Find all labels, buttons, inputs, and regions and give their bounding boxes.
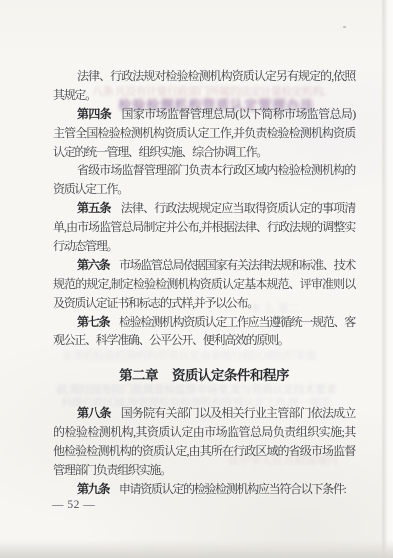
scan-speck [343, 26, 346, 28]
line-text: 管理部门负责组织实施。 [53, 463, 171, 477]
line-text: 国务院有关部门以及相关行业主管部门依法成立 [121, 406, 355, 420]
line-text: 省级市场监督管理部门负责本行政区域内检验检测机构的 [77, 163, 355, 177]
page-number: — 52 — [52, 499, 95, 511]
chapter-title: 资质认定条件和程序 [172, 368, 289, 383]
paragraph-line: 第九条 申请资质认定的检验检测机构应当符合以下条件: [53, 480, 355, 499]
line-text: 单,由市场监管总局制定并公布,并根据法律、行政法规的调整实 [53, 220, 355, 234]
line-text: 市场监管总局依据国家有关法律法规和标准、技术 [119, 258, 355, 272]
chapter-number: 第二章 [119, 368, 158, 383]
article-number: 第九条 [77, 482, 109, 496]
paragraph-line: 规范的规定,制定检验检测机构资质认定基本规范、评审准则以 [53, 275, 355, 294]
paragraph-line: 的检验检测机构,其资质认定由市场监管总局负责组织实施;其 [53, 423, 355, 442]
article-number: 第四条 [77, 107, 111, 121]
paragraph-line: 认定的统一管理、组织实施、综合协调工作。 [53, 143, 355, 162]
line-text: 行动态管理。 [53, 239, 117, 253]
paragraph-line: 单,由市场监管总局制定并公布,并根据法律、行政法规的调整实 [53, 218, 355, 237]
line-text: 认定的统一管理、组织实施、综合协调工作。 [53, 145, 267, 159]
line-text: 他检验检测机构的资质认定,由其所在行政区域的省级市场监督 [53, 444, 355, 458]
paragraph-line: 省级市场监督管理部门负责本行政区域内检验检测机构的 [53, 161, 355, 180]
line-text: 主管全国检验检测机构资质认定工作,并负责检验检测机构资质 [53, 126, 355, 140]
paragraph-line: 及资质认定证书和标志的式样,并予以公布。 [53, 294, 355, 313]
line-text: 其规定。 [53, 88, 96, 102]
line-text: 的检验检测机构,其资质认定由市场监管总局负责组织实施;其 [53, 425, 355, 439]
paragraph-line: 行动态管理。 [53, 237, 355, 256]
scan-edge-right [381, 0, 393, 558]
line-text: 法律、行政法规规定应当取得资质认定的事项清 [121, 201, 355, 215]
paragraph-line: 其规定。 [53, 86, 355, 105]
article-number: 第五条 [77, 201, 111, 215]
paragraph-line: 第七条 检验检测机构资质认定工作应当遵循统一规范、客 [53, 313, 355, 332]
paragraph-line: 他检验检测机构的资质认定,由其所在行政区域的省级市场监督 [53, 442, 355, 461]
chapter-heading: 第二章 资质认定条件和程序 [53, 366, 355, 385]
paragraph-line: 主管全国检验检测机构资质认定工作,并负责检验检测机构资质 [53, 124, 355, 143]
scan-edge-bottom [0, 540, 393, 558]
line-text: 资质认定工作。 [53, 182, 128, 196]
paragraph-line: 第八条 国务院有关部门以及相关行业主管部门依法成立 [53, 404, 355, 423]
line-text: 观公正、科学准确、公平公开、便利高效的原则。 [53, 333, 288, 347]
line-text: 国家市场监督管理总局(以下简称市场监管总局) [122, 107, 356, 121]
line-text: 法律、行政法规对检验检测机构资质认定另有规定的,依照 [77, 69, 355, 83]
paragraph-line: 第六条 市场监管总局依据国家有关法律法规和标准、技术 [53, 256, 355, 275]
article-number: 第八条 [77, 406, 111, 420]
paragraph-line: 管理部门负责组织实施。 [53, 461, 355, 480]
line-text: 及资质认定证书和标志的式样,并予以公布。 [53, 296, 258, 310]
article-number: 第六条 [77, 258, 109, 272]
document-body: 法律、行政法规对检验检测机构资质认定另有规定的,依照 其规定。 第四条 国家市场… [53, 67, 355, 499]
article-number: 第七条 [77, 315, 109, 329]
line-text: 检验检测机构资质认定工作应当遵循统一规范、客 [119, 315, 355, 329]
scanned-document-page: 八条 凡设有计量行政部门所属的法定计量检定机构, 检验检测机构资质认定管理办法 … [0, 0, 393, 558]
line-text: 申请资质认定的检验检测机构应当符合以下条件: [119, 482, 346, 496]
paragraph-line: 第五条 法律、行政法规规定应当取得资质认定的事项清 [53, 199, 355, 218]
paragraph-line: 资质认定工作。 [53, 180, 355, 199]
paragraph-line: 第四条 国家市场监督管理总局(以下简称市场监管总局) [53, 105, 355, 124]
paragraph-line: 法律、行政法规对检验检测机构资质认定另有规定的,依照 [53, 67, 355, 86]
paragraph-line: 观公正、科学准确、公平公开、便利高效的原则。 [53, 331, 355, 350]
line-text: 规范的规定,制定检验检测机构资质认定基本规范、评审准则以 [53, 277, 355, 291]
